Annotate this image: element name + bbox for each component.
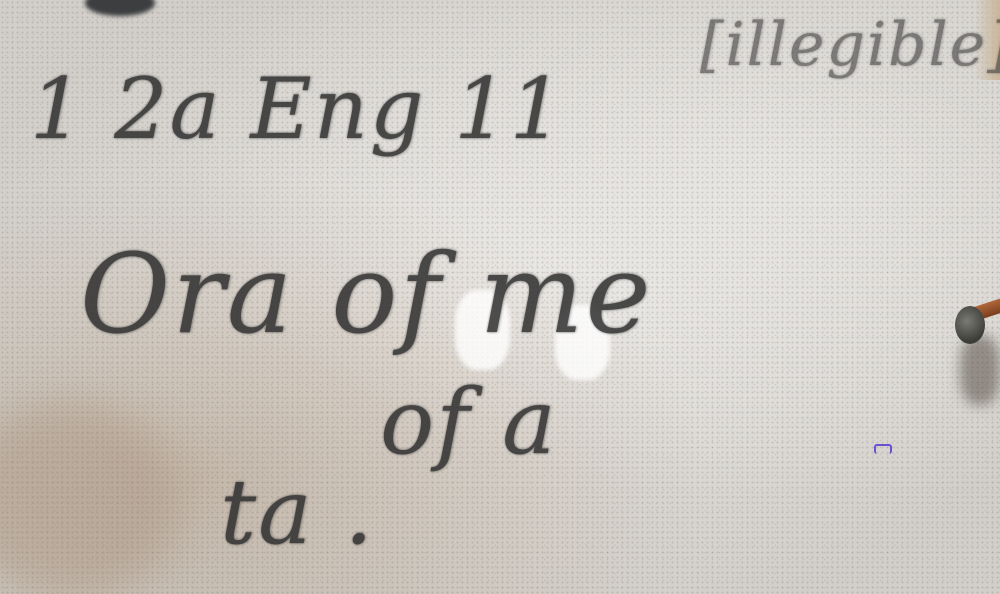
handwriting-line: of a [380,370,558,475]
handwriting-line: [illegible] et [700,10,1000,80]
nail-head-icon [955,306,985,344]
handwriting-line: ta . [220,460,375,565]
marble-photo: 1 2a Eng 11 [illegible] et Ora of me of … [0,0,1000,594]
handwriting-line: 1 2a Eng 11 [30,60,565,158]
handwriting-line: Ora of me [80,230,653,358]
purple-ink-mark [874,444,892,454]
nail-shadow [960,335,1000,405]
